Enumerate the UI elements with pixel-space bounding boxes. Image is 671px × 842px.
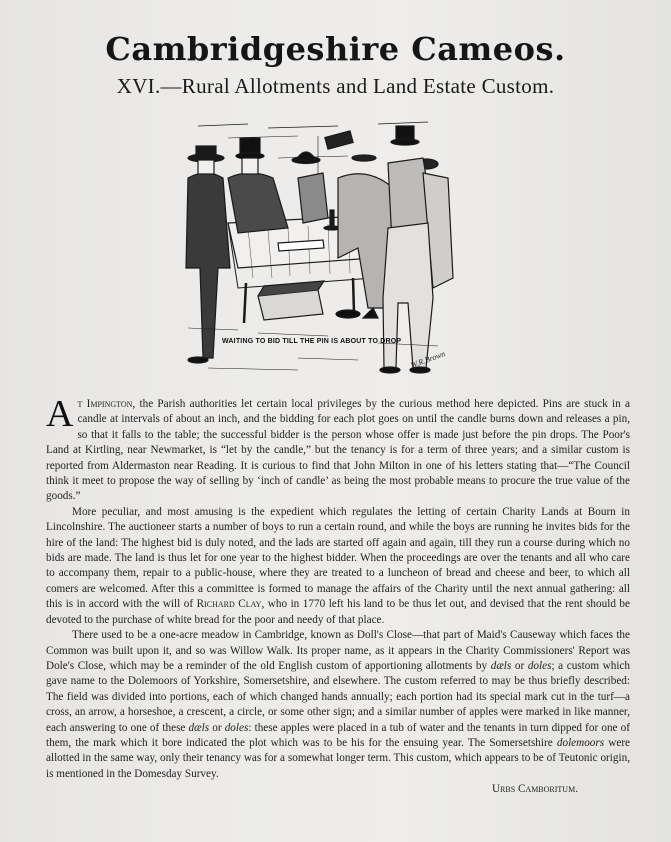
paragraph-1: At Impington, the Parish authorities let… [46,397,630,505]
article-body: At Impington, the Parish authorities let… [46,397,630,798]
document-page: Cambridgeshire Cameos. XVI.—Rural Allotm… [0,0,671,842]
paragraph-2: More peculiar, and most amusing is the e… [46,505,630,628]
article-signoff: Urbs Camboritum. [46,782,630,797]
drop-cap: A [46,399,73,429]
page-subtitle: XVI.—Rural Allotments and Land Estate Cu… [0,74,671,99]
person-name: Richard Clay [197,598,262,610]
paragraph-3: There used to be a one-acre meadow in Ca… [46,628,630,782]
page-title: Cambridgeshire Cameos. [0,30,671,68]
illustration-caption: WAITING TO BID TILL THE PIN IS ABOUT TO … [222,338,401,345]
